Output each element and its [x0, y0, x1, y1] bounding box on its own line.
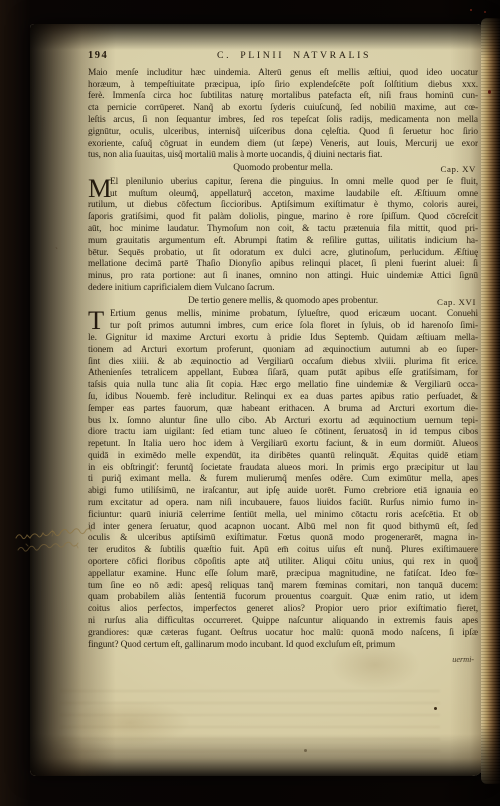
book-photo: 194 C. PLINII NATVRALIS Maio menſe inclu… — [0, 0, 500, 806]
red-edge-speck — [488, 90, 491, 94]
text-line: cta pernicie corrūperet. Nanq̃ ab exortu… — [88, 103, 478, 115]
text-line: ni rurſus alia difficultas occurreret. Q… — [88, 616, 478, 628]
page-header: 194 C. PLINII NATVRALIS — [88, 50, 478, 62]
text-line: dedere initium caprificialem diem Vulcan… — [88, 283, 478, 295]
text-line: mellatione decimā partē Thaſio Dionyſio … — [88, 259, 478, 271]
text-line: oportere cōfici floribus cōpoſitis apte … — [88, 557, 478, 569]
text-line: oculis & ulceribus aptiſsimū exiſtimatur… — [88, 533, 478, 545]
margin-pen-mark: ` — [55, 246, 58, 256]
text-line: rum excitatur ad opera. nam niſi incubau… — [88, 498, 478, 510]
handwritten-marginal-note — [12, 520, 100, 568]
paragraph-2: M El plenilunio uberius capitur, ſerena … — [88, 177, 478, 295]
chapter-heading-15: Quomodo probentur mella. Cap. XV — [88, 163, 478, 176]
text-line: diore tractu iam uigilant: ſed etiam tun… — [88, 427, 478, 439]
text-line: Ertium genus mellis, minime probatum, ſy… — [110, 309, 478, 321]
text-line: fingunt? Quod certum eſt, gallinarum mod… — [88, 640, 478, 652]
paragraph-1: Maio menſe includitur hæc uindemia. Alte… — [88, 68, 478, 162]
text-line: ſint dies xiiii. & ab æquinoctio ad Verg… — [88, 357, 478, 369]
paragraph-3: T Ertium genus mellis, minime probatum, … — [88, 309, 478, 651]
text-line: ſaporis gratiſsimi, quod fit palàm dolio… — [88, 212, 478, 224]
text-line: horæum, à tempeſtiuitate præcipua, ipſo … — [88, 80, 478, 92]
text-line: in eis obſtringiť: feruntq̃ ſocietate fr… — [88, 463, 478, 475]
text-line: exoriente, caſuq̃ cōgruat in eundem diem… — [88, 139, 478, 151]
red-edge-speck — [470, 9, 472, 11]
text-line: gignūtur, oculis, ulceribus, internisq̃ … — [88, 127, 478, 139]
text-line: Maio menſe includitur hæc uindemia. Alte… — [88, 68, 478, 80]
chapter-number: Cap. XV — [441, 164, 476, 176]
text-line: aūt, hoc minime laudatur. Thymoſum non c… — [88, 224, 478, 236]
text-line: le. Gignitur id maxime Arcturi exortu à … — [88, 333, 478, 345]
book-fore-edge — [481, 18, 500, 784]
text-line: id inter genera ſeruatur, quod acapnon u… — [88, 522, 478, 534]
text-line: Athenienſes tetralicem appellant, Eubœa … — [88, 368, 478, 380]
text-line: tur poſt primos autumni imbres, cum eric… — [110, 321, 478, 333]
text-line: coitus alios perfectos, imperfectos gene… — [88, 604, 478, 616]
printed-text-block: 194 C. PLINII NATVRALIS Maio menſe inclu… — [88, 50, 478, 666]
text-line: ficiuntur: quarū iniuriā celerrime ſenti… — [88, 510, 478, 522]
text-line: ti puriq̃ eximant mella. & furem mulieru… — [88, 474, 478, 486]
text-line: bus lx. ſomno aluntur ſine ullo cibo. Ab… — [88, 416, 478, 428]
text-line: mum grauitatis argumentum eſt. Abrumpi ſ… — [88, 236, 478, 248]
catchword: uermi- — [88, 654, 478, 666]
drop-cap-t: T — [88, 309, 110, 332]
text-line: ferè. Immenſa circa hoc ſubtilitas natur… — [88, 91, 478, 103]
text-line: tus, non alia ſuauitas, uisq̃ mortaliū m… — [88, 150, 478, 162]
text-line: bētur. Sequēs probatio, ut ſit odoratum … — [88, 248, 478, 260]
ink-fleck — [434, 707, 437, 710]
book-page: 194 C. PLINII NATVRALIS Maio menſe inclu… — [30, 24, 484, 776]
chapter-title: Quomodo probentur mella. — [233, 163, 332, 175]
text-line: ſemper eas partes fauorum, quæ habeant e… — [88, 404, 478, 416]
text-line: repetunt. In Italia uero hoc idem à Verg… — [88, 439, 478, 451]
text-line: leſtis arcus, ſi non ſequantur imbres, ſ… — [88, 115, 478, 127]
drop-cap-m: M — [88, 177, 110, 200]
text-line: tionem ad Arcturi exortum proferunt, quo… — [88, 345, 478, 357]
page-number: 194 — [88, 50, 136, 62]
text-line: rutilum, ut diebus cōfectum ſiccioribus.… — [88, 200, 478, 212]
text-line: quidā in eximēdo melle expendūt, ita dir… — [88, 451, 478, 463]
text-line: minus, pro rata portione: aut ſi inanes,… — [88, 271, 478, 283]
text-line: El plenilunio uberius capitur, ſerena di… — [110, 177, 478, 189]
text-line: ſu, idibus Nouemb. ferè includitur. Reli… — [88, 392, 478, 404]
text-line: taſsis quia nulla tunc alia ſit copia. H… — [88, 380, 478, 392]
text-line: appellatur examine. Hunc eſſe ſolum marē… — [88, 569, 478, 581]
chapter-title: De tertio genere mellis, & quomodo apes … — [188, 296, 378, 308]
text-line: quam probabilem aliàs ſententiā fucorum … — [88, 592, 478, 604]
verso-showthrough — [60, 690, 440, 760]
chapter-number: Cap. XVI — [437, 297, 476, 309]
text-line: abigi fumo utiliſsimū, ne iraſcantur, au… — [88, 486, 478, 498]
text-line: grandiores: quæ cæteras fugant. Oeſtrus … — [88, 628, 478, 640]
text-line: ter eruditos & ſubtilis quæſtio fuit. Ap… — [88, 545, 478, 557]
text-line: tum ſine eo nō ædi: apesq̃ reliquas tanq… — [88, 581, 478, 593]
running-header: C. PLINII NATVRALIS — [136, 50, 452, 62]
text-line: ut muſtum oleumq̃, appellaturq̃ acceton,… — [110, 189, 478, 201]
chapter-heading-16: De tertio genere mellis, & quomodo apes … — [88, 296, 478, 309]
